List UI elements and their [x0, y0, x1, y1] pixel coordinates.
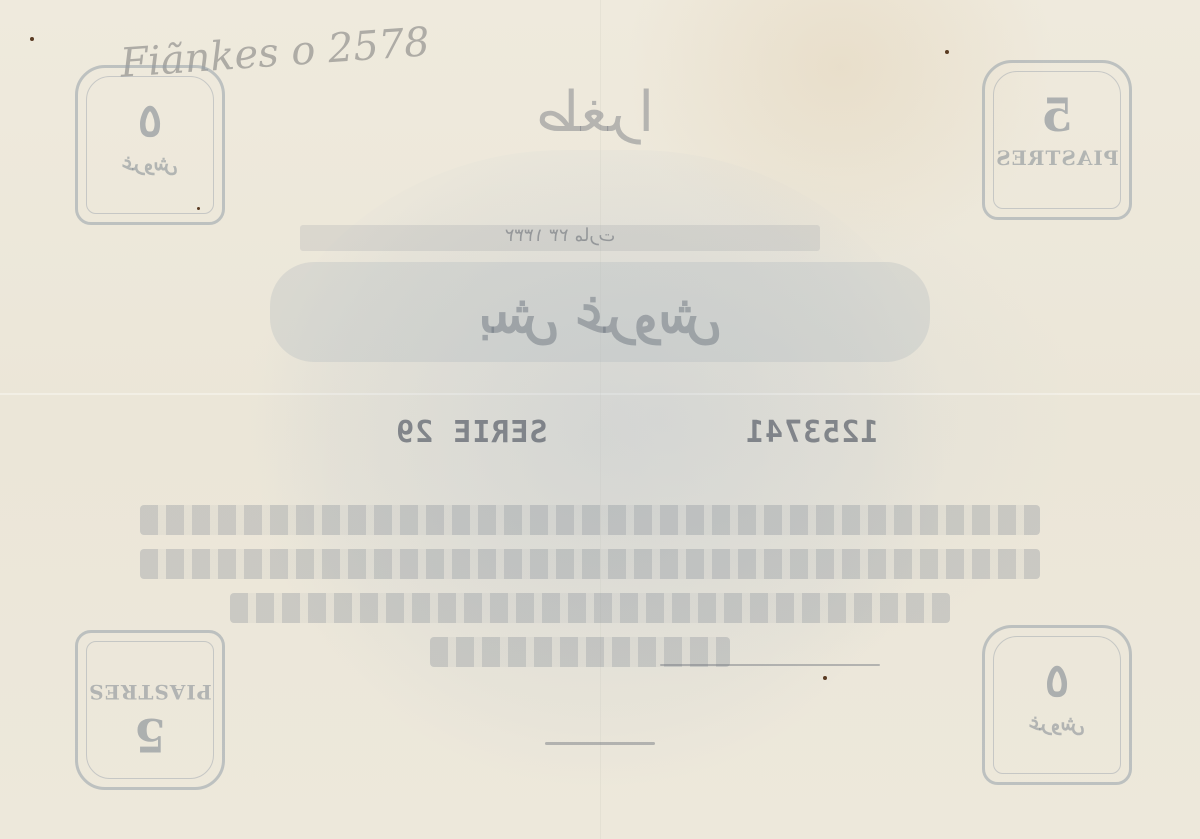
emblem-label: PIASTRES	[982, 146, 1132, 170]
emblem-bottom-left: 5 PIASTRES	[75, 630, 225, 790]
tughra-seal: طغرا	[370, 80, 820, 190]
text-line	[430, 637, 730, 667]
emblem-bottom-right: ٥ غروش	[982, 625, 1132, 785]
foxing-spot	[30, 37, 34, 41]
serial-number: 1253741	[745, 415, 878, 450]
signature-line	[660, 664, 880, 666]
date-band-text: ١٣٣٢ ٢٣ مارت	[300, 225, 820, 246]
foxing-spot	[197, 207, 200, 210]
denomination-text: بش غروش	[270, 284, 930, 345]
emblem-label: غروش	[982, 711, 1132, 735]
emblem-value: ٥	[982, 653, 1132, 707]
emblem-value: 5	[75, 708, 225, 762]
foxing-spot	[823, 676, 827, 680]
series-label: SERIE 29	[395, 415, 548, 450]
text-line	[230, 593, 950, 623]
legal-text-block	[140, 505, 1040, 681]
signature-stroke	[545, 742, 655, 745]
emblem-top-left: ٥ غروش	[75, 65, 225, 225]
foxing-spot	[945, 50, 949, 54]
banknote: Fiãnkes o 2578 طغرا ١٣٣٢ ٢٣ مارت بش غروش…	[0, 0, 1200, 839]
emblem-top-right: 5 PIASTRES	[982, 60, 1132, 220]
text-line	[140, 505, 1040, 535]
emblem-label: PIASTRES	[75, 680, 225, 704]
emblem-value: 5	[982, 88, 1132, 142]
emblem-value: ٥	[75, 93, 225, 147]
text-line	[140, 549, 1040, 579]
emblem-label: غروش	[75, 151, 225, 175]
